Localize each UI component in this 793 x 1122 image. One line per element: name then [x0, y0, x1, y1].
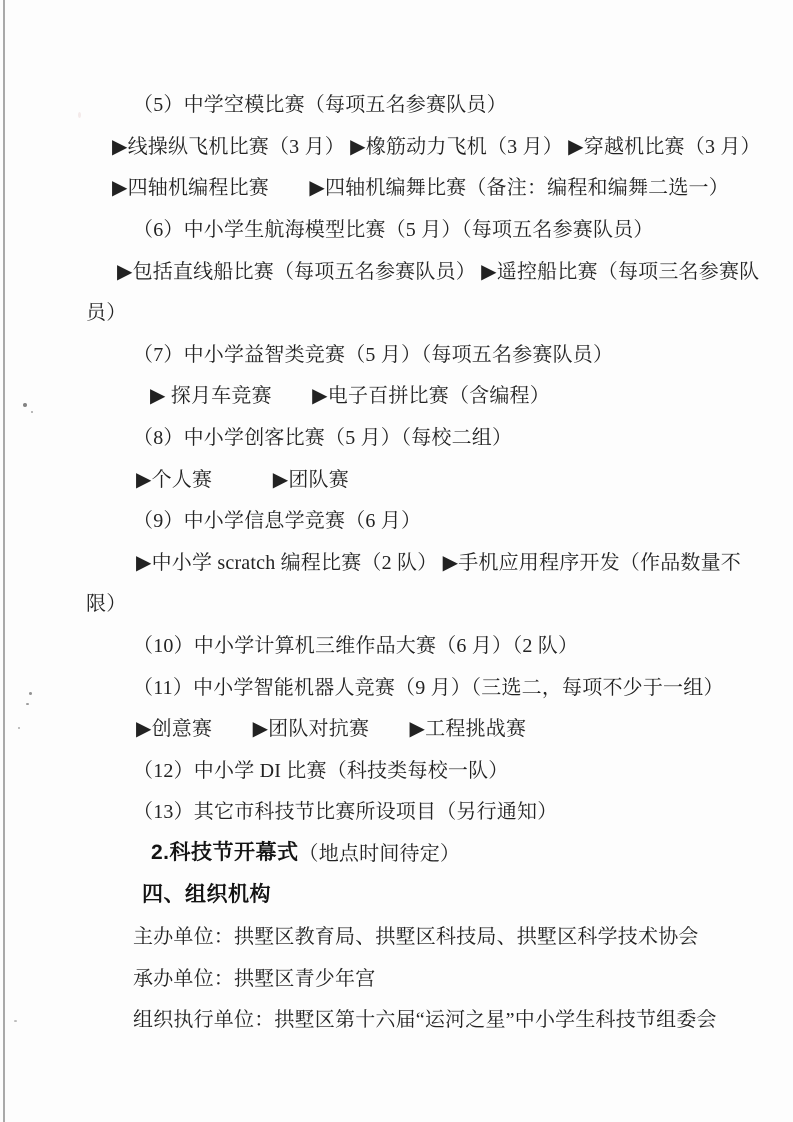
host-unit-line: 主办单位：拱墅区教育局、拱墅区科技局、拱墅区科学技术协会 [0, 914, 793, 956]
informatics-events-wrap: 限） [0, 581, 793, 623]
scan-speck [29, 692, 32, 695]
competition-item-10: （10）中小学计算机三维作品大赛（6 月）（2 队） [0, 623, 793, 665]
quadcopter-events: ▶四轴机编程比赛 ▶四轴机编舞比赛（备注：编程和编舞二选一） [0, 165, 793, 207]
competition-item-11: （11）中小学智能机器人竞赛（9 月）（三选二，每项不少于一组） [0, 664, 793, 706]
competition-item-7: （7）中小学益智类竞赛（5 月）（每项五名参赛队员） [0, 332, 793, 374]
robot-contest-events: ▶创意赛 ▶团队对抗赛 ▶工程挑战赛 [0, 706, 793, 748]
scan-speck [78, 112, 81, 118]
maker-contest-events: ▶个人赛 ▶团队赛 [0, 456, 793, 498]
competition-item-6: （6）中小学生航海模型比赛（5 月）（每项五名参赛队员） [0, 207, 793, 249]
document-page: （5）中学空模比赛（每项五名参赛队员） ▶线操纵飞机比赛（3 月） ▶橡筋动力飞… [0, 0, 793, 1122]
competition-item-13: （13）其它市科技节比赛所设项目（另行通知） [0, 789, 793, 831]
marine-model-events: ▶包括直线船比赛（每项五名参赛队员） ▶遥控船比赛（每项三名参赛队 [0, 248, 793, 290]
aeromodel-events: ▶线操纵飞机比赛（3 月） ▶橡筋动力飞机（3 月） ▶穿越机比赛（3 月） [0, 124, 793, 166]
informatics-events: ▶中小学 scratch 编程比赛（2 队） ▶手机应用程序开发（作品数量不 [0, 540, 793, 582]
document-body: （5）中学空模比赛（每项五名参赛队员） ▶线操纵飞机比赛（3 月） ▶橡筋动力飞… [0, 0, 793, 1039]
scan-speck [18, 727, 20, 729]
scan-speck [26, 703, 29, 705]
opening-ceremony-note: （地点时间待定） [299, 837, 461, 866]
competition-item-5: （5）中学空模比赛（每项五名参赛队员） [0, 82, 793, 124]
opening-ceremony-heading: 2.科技节开幕式（地点时间待定） [0, 831, 793, 873]
scan-speck [14, 1020, 17, 1022]
scan-speck [31, 411, 33, 413]
competition-item-8: （8）中小学创客比赛（5 月）（每校二组） [0, 415, 793, 457]
puzzle-contest-events: ▶ 探月车竞赛 ▶电子百拼比赛（含编程） [0, 373, 793, 415]
marine-model-events-wrap: 员） [0, 290, 793, 332]
opening-ceremony-title: 2.科技节开幕式 [151, 836, 299, 866]
competition-item-9: （9）中小学信息学竞赛（6 月） [0, 498, 793, 540]
undertaking-unit-line: 承办单位：拱墅区青少年宫 [0, 955, 793, 997]
scan-speck [23, 403, 27, 407]
competition-item-12: （12）中小学 DI 比赛（科技类每校一队） [0, 748, 793, 790]
section-heading-organization: 四、组织机构 [0, 872, 793, 914]
executive-unit-line: 组织执行单位：拱墅区第十六届“运河之星”中小学生科技节组委会 [0, 997, 793, 1039]
